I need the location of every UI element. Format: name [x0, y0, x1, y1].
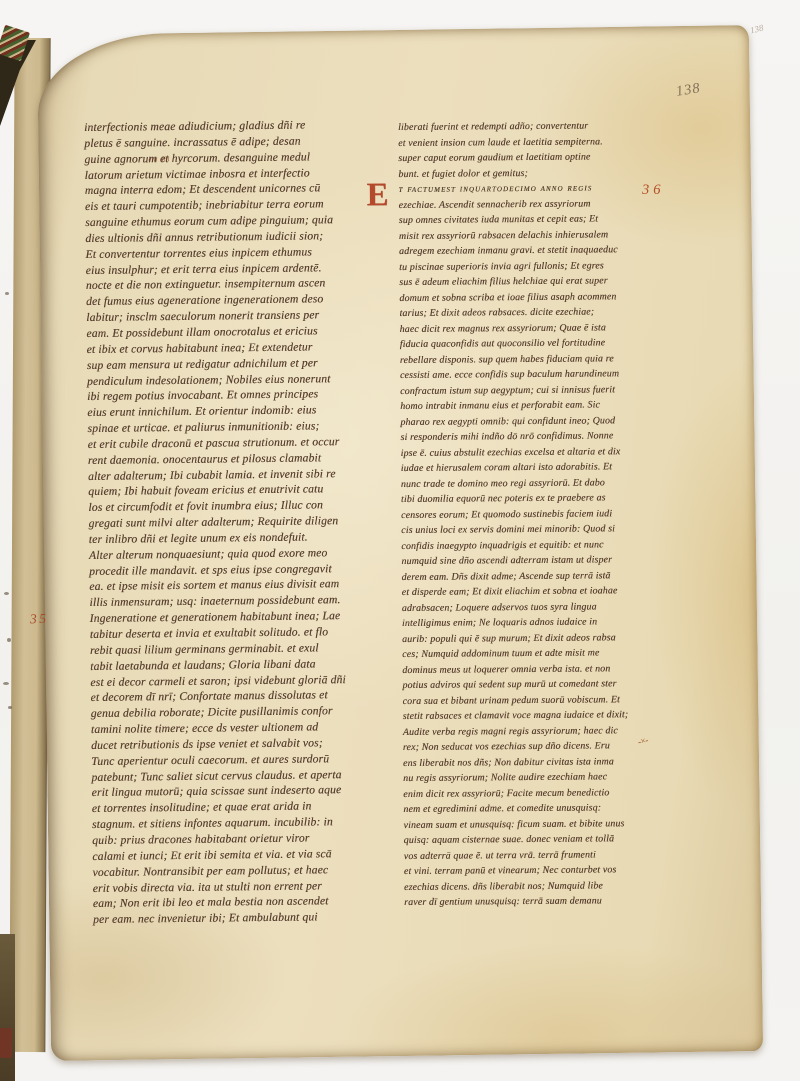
manuscript-line: confidis inaegypto inquadrigis et equiti… — [401, 539, 629, 556]
manuscript-photo: ēni dñi interfectionis meae adiudicium; … — [0, 0, 800, 1081]
manuscript-line: sup omnes civitates iuda munitas et cepi… — [399, 213, 627, 230]
manuscript-line: nem et egredimini adme. et comedite unus… — [403, 802, 631, 819]
manuscript-line: nunc trade te domino meo regi assyriorū.… — [401, 477, 629, 494]
manuscript-line: numquid sine dño ascendi adterram istam … — [401, 554, 629, 571]
manuscript-line: enim dicit rex assyriorū; Facite mecum b… — [403, 787, 631, 804]
manuscript-line: sus ē adeum eliachim filius helchiae qui… — [399, 275, 627, 292]
manuscript-line: quisq: aquam cisternae suae. donec venia… — [404, 833, 632, 850]
text-column-right: E liberati fuerint et redempti adño; con… — [398, 120, 632, 912]
manuscript-line: pharao rex aegypti omnib: qui confidunt … — [400, 415, 628, 432]
binding-spine-bottom — [0, 934, 15, 1081]
manuscript-line: censores eorum; Et quomodo sustinebis fa… — [401, 508, 629, 525]
manuscript-line: fiducia quaconfidis aut quoconsilio vel … — [400, 337, 628, 354]
manuscript-line: haec dicit rex magnus rex assyriorum; Qu… — [400, 322, 628, 339]
manuscript-line: liberati fuerint et redempti adño; conve… — [398, 120, 626, 137]
manuscript-line: tibi duomilia equorū nec poteris ex te p… — [401, 492, 629, 509]
manuscript-line: intelligimus enim; Ne loquaris adnos iud… — [402, 616, 630, 633]
manuscript-line: homo intrabit inmanu eius et perforabit … — [400, 399, 628, 416]
manuscript-line: ipse ē. cuius abstulit ezechias excelsa … — [401, 446, 629, 463]
manuscript-line: et venient insion cum laude et laetitia … — [398, 136, 626, 153]
manuscript-line: cora sua et bibant urinam pedum suorū vo… — [403, 694, 631, 711]
edge-ink-speck — [3, 682, 9, 685]
manuscript-line: bunt. et fugiet dolor et gemitus; — [398, 167, 626, 184]
manuscript-line: adrabsacen; Loquere adservos tuos syra l… — [402, 601, 630, 618]
edge-ink-speck — [5, 292, 9, 295]
edge-ink-speck — [7, 638, 11, 642]
manuscript-line: cis unius loci ex servis domini mei mino… — [401, 523, 629, 540]
binding-spine-fleck — [0, 1028, 12, 1058]
manuscript-line: iudae et hierusalem coram altari isto ad… — [401, 461, 629, 478]
chapter-initial-rubric: E — [366, 179, 396, 215]
chapter-number-36: 36 — [642, 182, 665, 199]
edge-ink-speck — [4, 592, 9, 595]
manuscript-line: si responderis mihi indño dō nrō confidi… — [400, 430, 628, 447]
manuscript-line: aurib: populi qui ē sup murum; Et dixit … — [402, 632, 630, 649]
manuscript-line: super caput eorum gaudium et laetitiam o… — [398, 151, 626, 168]
manuscript-line: dominus meus ut loquerer omnia verba ist… — [402, 663, 630, 680]
manuscript-line: nu regis assyriorum; Nolite audire ezech… — [403, 771, 631, 788]
manuscript-line: raver dī gentium unusquisq: terrā suam d… — [404, 895, 632, 912]
manuscript-line: rebellare disponis. sup quem habes fiduc… — [400, 353, 628, 370]
manuscript-line: potius adviros qui sedent sup murū ut co… — [402, 678, 630, 695]
edge-ink-speck — [8, 706, 12, 709]
manuscript-line: domum et sobna scriba et ioae filius asa… — [399, 291, 627, 308]
manuscript-line: adregem ezechiam inmanu gravi. et stetit… — [399, 244, 627, 261]
manuscript-line: ezechiae. Ascendit sennacherib rex assyr… — [399, 198, 627, 215]
manuscript-line: t factumest inquartodecimo anno regis — [398, 182, 626, 199]
manuscript-line: vos adterrā quae ē. ut terra vrā. terrā … — [404, 849, 632, 866]
manuscript-line: ces; Numquid addominum tuum et adte misi… — [402, 647, 630, 664]
manuscript-line: tu piscinae superioris invia agri fullon… — [399, 260, 627, 277]
manuscript-line: misit rex assyriorū rabsacen delachis in… — [399, 229, 627, 246]
manuscript-line: derem eam. Dñs dixit adme; Ascende sup t… — [402, 570, 630, 587]
manuscript-line: ens liberabit nos dñs; Non dabitur civit… — [403, 756, 631, 773]
manuscript-line: tarius; Et dixit adeos rabsaces. dicite … — [399, 306, 627, 323]
manuscript-line: confractum istum sup aegyptum; cui si in… — [400, 384, 628, 401]
manuscript-line: Audite verba regis magni regis assyrioru… — [403, 725, 631, 742]
corner-folio-number: 138 — [749, 23, 765, 36]
manuscript-line: vineam suam et unusquisq: ficum suam. et… — [403, 818, 631, 835]
manuscript-line: et disperde eam; Et dixit eliachim et so… — [402, 585, 630, 602]
manuscript-line: cessisti ame. ecce confidis sup baculum … — [400, 368, 628, 385]
chapter-number-35: 35 — [30, 611, 49, 628]
manuscript-line: stetit rabsaces et clamavit voce magna i… — [403, 709, 631, 726]
manuscript-line: et vini. terram panū et vinearum; Nec co… — [404, 864, 632, 881]
manuscript-line: rex; Non seducat vos ezechias sup dño di… — [403, 740, 631, 757]
manuscript-line: ezechias dicens. dñs liberabit nos; Numq… — [404, 880, 632, 897]
text-column-left: ēni dñi interfectionis meae adiudicium; … — [84, 118, 399, 929]
